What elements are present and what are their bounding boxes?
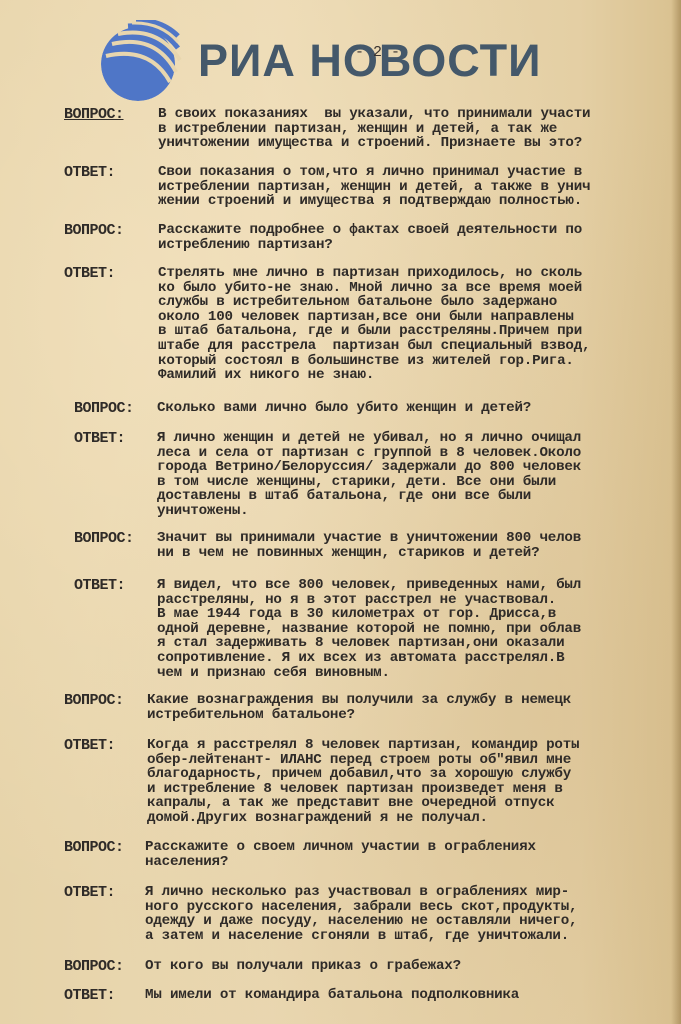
text-line: благодарность, причем добавил,что за хор… [147, 767, 579, 782]
text-line: сопротивление. Я их всех из автомата рас… [157, 651, 581, 666]
question-label: ВОПРОС: [64, 106, 124, 123]
text-line: города Ветрино/Белоруссия/ задержали до … [157, 460, 581, 475]
text-line: службы в истребительном батальоне было з… [158, 295, 590, 310]
ria-novosti-logo: РИА НОВОСТИ [98, 20, 598, 102]
answer-text: Мы имели от командира батальона подполко… [145, 988, 519, 1003]
text-line: истреблению партизан? [158, 238, 582, 253]
page-number: - 2 - [355, 44, 400, 61]
question-text: Расскажите о своем личном участии в огра… [145, 840, 536, 869]
question-text: Сколько вами лично было убито женщин и д… [157, 401, 531, 416]
text-line: в штаб батальона, где и были расстреляны… [158, 324, 590, 339]
text-line: уничтожены. [157, 504, 581, 519]
text-line: истреблении партизан, женщин и детей, а … [158, 180, 590, 195]
text-line: уничтожении имущества и строений. Призна… [158, 136, 590, 151]
text-line: Мы имели от командира батальона подполко… [145, 988, 519, 1003]
text-line: одежду и даже посуду, населению не остав… [145, 914, 577, 929]
answer-label: ОТВЕТ: [64, 265, 115, 282]
text-line: я стал задерживать 8 человек партизан,он… [157, 636, 581, 651]
text-line: в том числе женщины, старики, дети. Все … [157, 475, 581, 490]
text-line: обер-лейтенант- ИЛАНС перед строем роты … [147, 753, 579, 768]
answer-text: Свои показания о том,что я лично принима… [158, 165, 590, 209]
answer-text: Когда я расстрелял 8 человек партизан, к… [147, 738, 579, 826]
text-line: населения? [145, 855, 536, 870]
text-line: Расскажите о своем личном участии в огра… [145, 840, 536, 855]
text-line: расстреляны, но я в этот расстрел не уча… [157, 593, 581, 608]
question-label: ВОПРОС: [74, 400, 134, 417]
text-line: леса и села от партизан с группой в 8 че… [157, 446, 581, 461]
text-line: в истреблении партизан, женщин и детей, … [158, 122, 590, 137]
answer-text: Стрелять мне лично в партизан приходилос… [158, 266, 590, 383]
question-text: Расскажите подробнее о фактах своей деят… [158, 223, 582, 252]
text-line: Расскажите подробнее о фактах своей деят… [158, 223, 582, 238]
text-line: чем и признаю себя виновным. [157, 666, 581, 681]
answer-text: Я лично несколько раз участвовал в ограб… [145, 885, 577, 943]
text-line: Я лично женщин и детей не убивал, но я л… [157, 431, 581, 446]
text-line: истребительном батальоне? [147, 708, 571, 723]
answer-label: ОТВЕТ: [74, 577, 125, 594]
globe-logo-icon [98, 20, 182, 102]
question-text: Какие вознаграждения вы получили за служ… [147, 693, 571, 722]
text-line: В своих показаниях вы указали, что прини… [158, 107, 590, 122]
text-line: и истребление 8 человек партизан произве… [147, 782, 579, 797]
text-line: который состоял в большинстве из жителей… [158, 354, 590, 369]
text-line: Сколько вами лично было убито женщин и д… [157, 401, 531, 416]
question-label: ВОПРОС: [74, 530, 134, 547]
text-line: Свои показания о том,что я лично принима… [158, 165, 590, 180]
question-text: От кого вы получали приказ о грабежах? [145, 959, 461, 974]
answer-label: ОТВЕТ: [64, 987, 115, 1004]
text-line: Когда я расстрелял 8 человек партизан, к… [147, 738, 579, 753]
answer-label: ОТВЕТ: [64, 164, 115, 181]
text-line: ко было убито-не знаю. Мной лично за все… [158, 281, 590, 296]
text-line: Какие вознаграждения вы получили за служ… [147, 693, 571, 708]
text-line: Я видел, что все 800 человек, приведенны… [157, 578, 581, 593]
question-label: ВОПРОС: [64, 692, 124, 709]
answer-label: ОТВЕТ: [74, 430, 125, 447]
text-line: около 100 человек партизан,все они были … [158, 310, 590, 325]
paper-edge-shadow [671, 0, 681, 1024]
answer-label: ОТВЕТ: [64, 884, 115, 901]
text-line: домой.Других вознаграждений я не получал… [147, 811, 579, 826]
text-line: Фамилий их никого не знаю. [158, 368, 590, 383]
text-line: ного русского населения, забрали весь ск… [145, 900, 577, 915]
question-text: Значит вы принимали участие в уничтожени… [157, 531, 581, 560]
text-line: капралы, а так же представит вне очередн… [147, 796, 579, 811]
answer-text: Я видел, что все 800 человек, приведенны… [157, 578, 581, 680]
text-line: В мае 1944 года в 30 километрах от гор. … [157, 607, 581, 622]
question-text: В своих показаниях вы указали, что прини… [158, 107, 590, 151]
text-line: жении строений и имущества я подтверждаю… [158, 194, 590, 209]
text-line: а затем и население сгоняли в штаб, где … [145, 929, 577, 944]
question-label: ВОПРОС: [64, 958, 124, 975]
answer-text: Я лично женщин и детей не убивал, но я л… [157, 431, 581, 519]
text-line: штабе для расстрела партизан был специал… [158, 339, 590, 354]
text-line: одной деревне, название которой не помню… [157, 622, 581, 637]
text-line: ни в чем не повинных женщин, стариков и … [157, 546, 581, 561]
text-line: От кого вы получали приказ о грабежах? [145, 959, 461, 974]
text-line: Стрелять мне лично в партизан приходилос… [158, 266, 590, 281]
question-label: ВОПРОС: [64, 222, 124, 239]
question-label: ВОПРОС: [64, 839, 124, 856]
text-line: доставлены в штаб батальона, где они все… [157, 489, 581, 504]
text-line: Значит вы принимали участие в уничтожени… [157, 531, 581, 546]
answer-label: ОТВЕТ: [64, 737, 115, 754]
text-line: Я лично несколько раз участвовал в ограб… [145, 885, 577, 900]
